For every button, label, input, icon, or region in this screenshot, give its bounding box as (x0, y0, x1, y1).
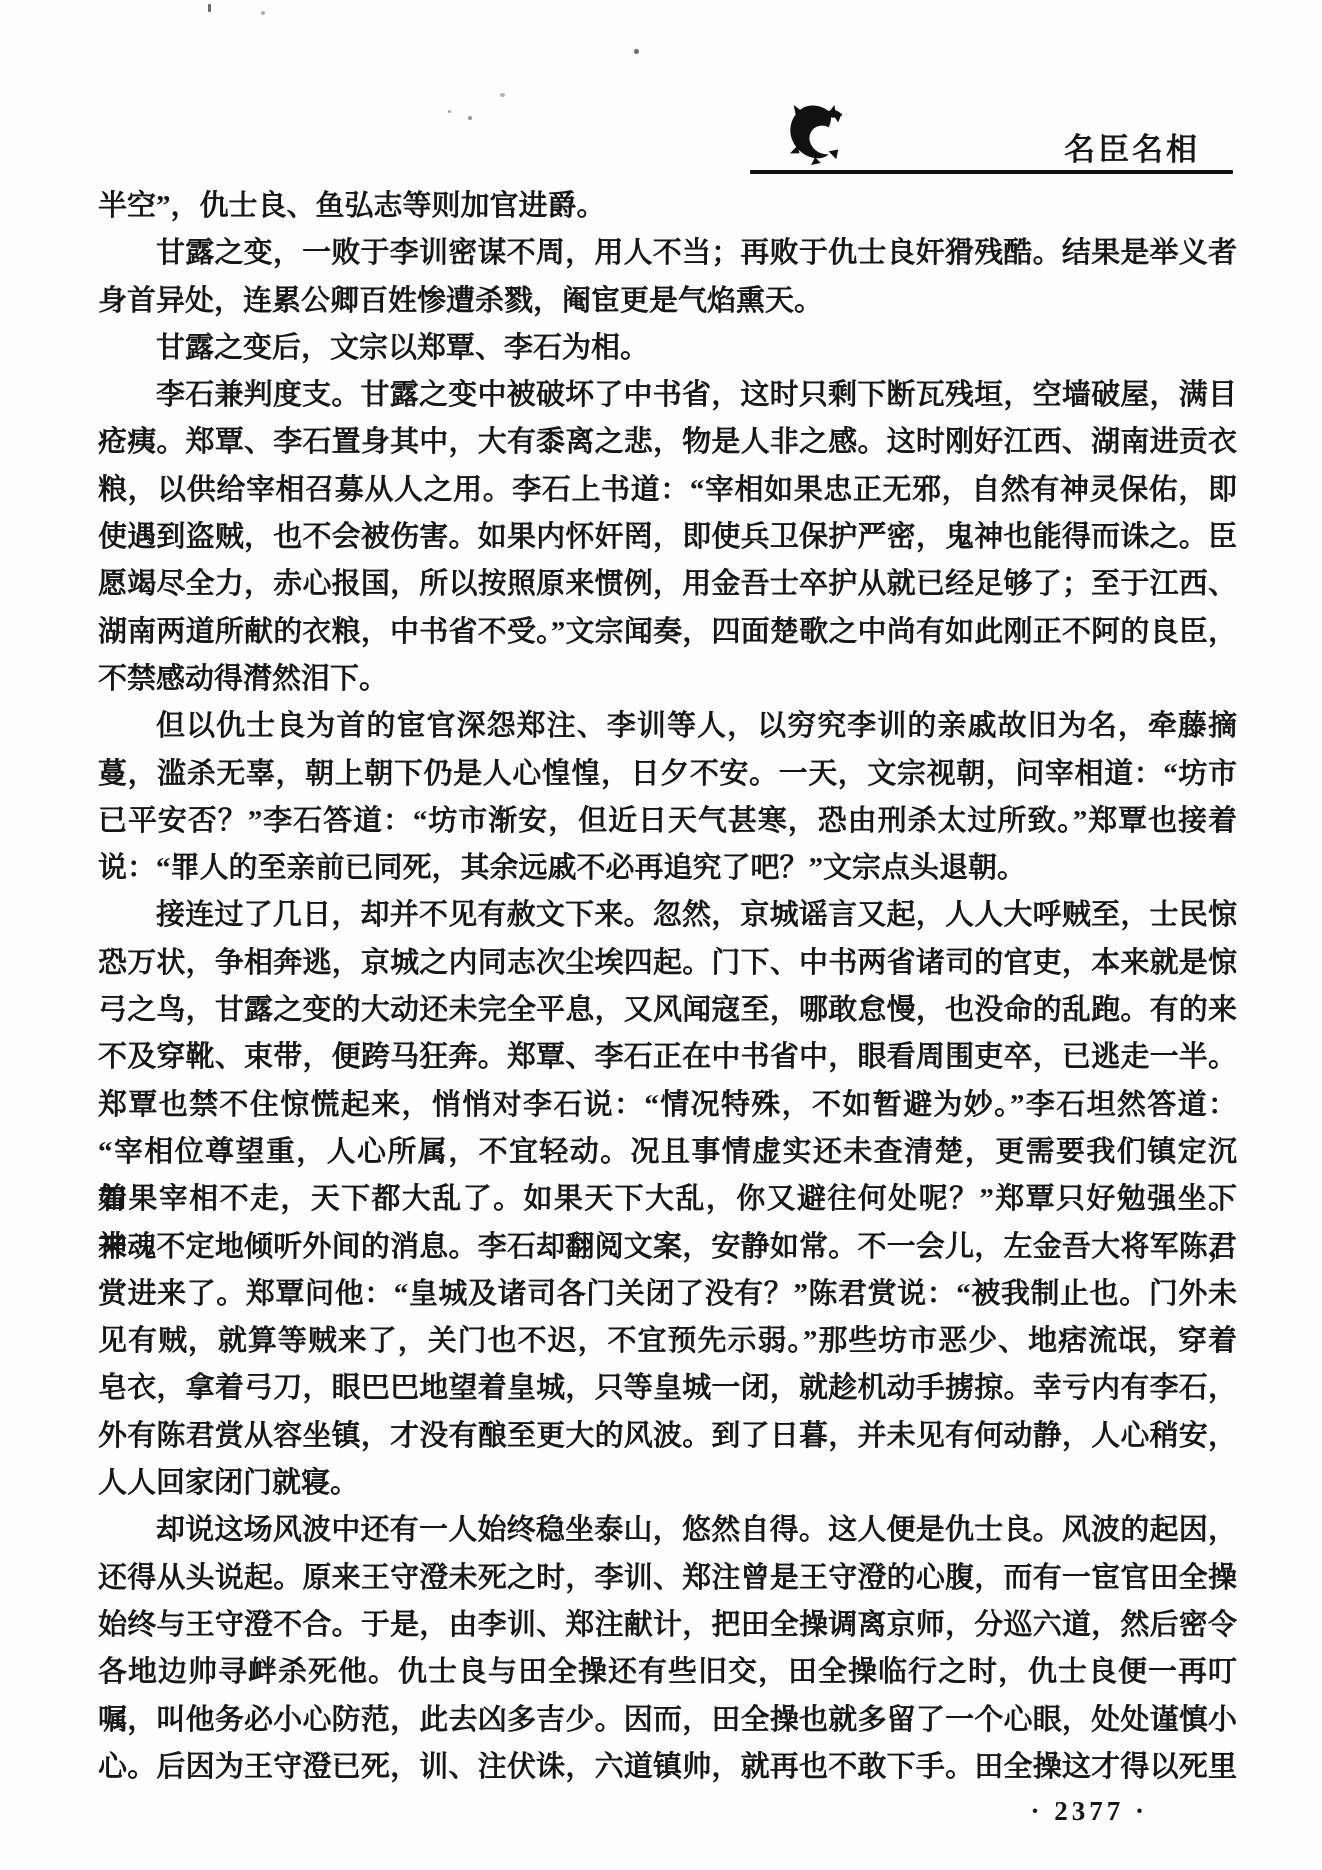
text-line: 心。后因为王守澄已死，训、注伏诛，六道镇帅，就再也不敢下手。田全操这才得以死里 (98, 1744, 1237, 1791)
scan-speck (261, 11, 265, 15)
text-line: 半空”，仇士良、鱼弘志等则加官进爵。 (98, 183, 1237, 230)
text-line: “宰相位尊望重，人心所属，不宜轻动。况且事情虚实还未查清楚，更需要我们镇定沉着。 (98, 1129, 1237, 1176)
text-line: 嘱，叫他务必小心防范，此去凶多吉少。因而，田全操也就多留了一个心眼，处处谨慎小 (98, 1697, 1237, 1744)
text-line: 愿竭尽全力，赤心报国，所以按照原来惯例，用金吾士卒护从就已经足够了；至于江西、 (98, 561, 1237, 608)
scan-speck (468, 116, 472, 120)
text-line: 不及穿靴、束带，便跨马狂奔。郑覃、李石正在中书省中，眼看周围吏卒，已逃走一半。 (98, 1034, 1237, 1081)
text-line: 说：“罪人的至亲前已同死，其余远戚不必再追究了吧？”文宗点头退朝。 (98, 845, 1237, 892)
dragon-logo-icon (786, 102, 844, 168)
text-line: 使遇到盗贼，也不会被伤害。如果内怀奸罔，即使兵卫保护严密，鬼神也能得而诛之。臣 (98, 514, 1237, 561)
text-line: 弓之鸟，甘露之变的大动还未完全平息，又风闻寇至，哪敢怠慢，也没命的乱跑。有的来 (98, 987, 1237, 1034)
text-line: 赏进来了。郑覃问他：“皇城及诸司各门关闭了没有？”陈君赏说：“被我制止也。门外未 (98, 1271, 1237, 1318)
header-rule (750, 170, 1233, 174)
scan-speck (208, 4, 211, 12)
text-line: 甘露之变后，文宗以郑覃、李石为相。 (98, 325, 1237, 372)
text-line: 始终与王守澄不合。于是，由李训、郑注献计，把田全操调离京师，分巡六道，然后密令 (98, 1602, 1237, 1649)
text-line: 疮痍。郑覃、李石置身其中，大有黍离之悲，物是人非之感。这时刚好江西、湖南进贡衣 (98, 419, 1237, 466)
text-line: 蔓，滥杀无辜，朝上朝下仍是人心惶惶，日夕不安。一天，文宗视朝，问宰相道：“坊市 (98, 751, 1237, 798)
text-line: 李石兼判度支。甘露之变中被破坏了中书省，这时只剩下断瓦残垣，空墙破屋，满目 (98, 372, 1237, 419)
text-line: 见有贼，就算等贼来了，关门也不迟，不宜预先示弱。”那些坊市恶少、地痞流氓，穿着 (98, 1318, 1237, 1365)
chapter-header-title: 名臣名相 (1064, 124, 1200, 169)
text-line: 郑覃也禁不住惊慌起来，悄悄对李石说：“情况特殊，不如暂避为妙。”李石坦然答道： (98, 1082, 1237, 1129)
text-line: 如果宰相不走，天下都大乱了。如果天下大乱，你又避往何处呢？”郑覃只好勉强坐下来， (98, 1176, 1237, 1223)
text-line: 已平安否？”李石答道：“坊市渐安，但近日天气甚寒，恐由刑杀太过所致。”郑覃也接着 (98, 798, 1237, 845)
text-line: 接连过了几日，却并不见有赦文下来。忽然，京城谣言又起，人人大呼贼至，士民惊 (98, 892, 1237, 939)
scan-speck (448, 110, 451, 113)
scan-speck (634, 49, 639, 54)
text-line: 人人回家闭门就寝。 (98, 1460, 1237, 1507)
page-number: · 2377 · (1030, 1796, 1148, 1827)
text-line: 身首异处，连累公卿百姓惨遭杀戮，阉宦更是气焰熏天。 (98, 278, 1237, 325)
text-line: 神魂不定地倾听外间的消息。李石却翻阅文案，安静如常。不一会儿，左金吾大将军陈君 (98, 1224, 1237, 1271)
text-line: 甘露之变，一败于李训密谋不周，用人不当；再败于仇士良奸猾残酷。结果是举义者 (98, 230, 1237, 277)
text-line: 却说这场风波中还有一人始终稳坐泰山，悠然自得。这人便是仇士良。风波的起因， (98, 1507, 1237, 1554)
body-text: 半空”，仇士良、鱼弘志等则加官进爵。 甘露之变，一败于李训密谋不周，用人不当；再… (98, 183, 1237, 1791)
book-page: 名臣名相 半空”，仇士良、鱼弘志等则加官进爵。 甘露之变，一败于李训密谋不周，用… (0, 0, 1322, 1870)
scan-speck (500, 93, 505, 97)
text-line: 各地边帅寻衅杀死他。仇士良与田全操还有些旧交，田全操临行之时，仇士良便一再叮 (98, 1649, 1237, 1696)
text-line: 粮，以供给宰相召募从人之用。李石上书道：“宰相如果忠正无邪，自然有神灵保佑，即 (98, 467, 1237, 514)
text-line: 外有陈君赏从容坐镇，才没有酿至更大的风波。到了日暮，并未见有何动静，人心稍安， (98, 1413, 1237, 1460)
text-line: 湖南两道所献的衣粮，中书省不受。”文宗闻奏，四面楚歌之中尚有如此刚正不阿的良臣， (98, 609, 1237, 656)
text-line: 恐万状，争相奔逃，京城之内同志次尘埃四起。门下、中书两省诸司的官吏，本来就是惊 (98, 940, 1237, 987)
text-line: 还得从头说起。原来王守澄未死之时，李训、郑注曾是王守澄的心腹，而有一宦官田全操 (98, 1555, 1237, 1602)
text-line: 不禁感动得潸然泪下。 (98, 656, 1237, 703)
text-line: 皂衣，拿着弓刀，眼巴巴地望着皇城，只等皇城一闭，就趁机动手掳掠。幸亏内有李石， (98, 1365, 1237, 1412)
text-line: 但以仇士良为首的宦官深怨郑注、李训等人，以穷究李训的亲戚故旧为名，牵藤摘 (98, 703, 1237, 750)
